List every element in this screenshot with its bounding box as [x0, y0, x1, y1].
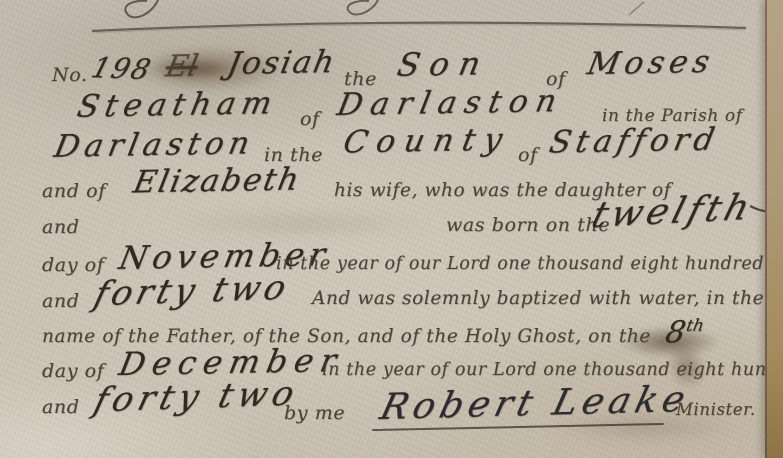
printed-by-me: by me — [284, 404, 345, 423]
printed-year-2: in the year of our Lord one thousand eig… — [322, 362, 783, 380]
printed-baptized: And was solemnly baptized with water, in… — [312, 290, 764, 309]
mother-name: Elizabeth — [131, 165, 304, 199]
ruled-line — [92, 23, 746, 31]
printed-and-2: and — [42, 292, 80, 311]
page-edge — [765, 0, 783, 458]
printed-of-2: of — [300, 110, 320, 129]
county-name: Stafford — [547, 125, 722, 159]
printed-and-1: and — [42, 218, 80, 237]
descender-stroke-1 — [125, 0, 158, 17]
baptism-day: 8th — [663, 318, 705, 349]
birth-day-word: twelfth — [588, 190, 757, 234]
family-surname: Steatham — [75, 88, 281, 122]
county-word: County — [341, 125, 514, 159]
birth-year-words: forty two — [91, 271, 294, 312]
minister-signature: Robert Leake — [377, 382, 694, 426]
baptism-year-words: forty two — [91, 376, 303, 417]
descender-stroke-3 — [629, 2, 644, 15]
parish-name: Darlaston — [52, 128, 257, 162]
struck-out-text: El — [163, 52, 200, 83]
baptism-month: December — [116, 344, 346, 380]
entry-number: 198 — [88, 54, 155, 84]
ruled-line-shadow — [92, 25, 746, 33]
baptism-day-suffix: th — [685, 316, 706, 335]
entry-number-label: No. — [52, 66, 88, 85]
document-photo: No. 198 El Josiah the Son of Moses Steat… — [0, 0, 783, 458]
minister-label: Minister. — [676, 402, 756, 419]
printed-year-1: in the year of our Lord one thousand eig… — [276, 256, 764, 274]
printed-of-3: of — [518, 146, 538, 165]
printed-and-of: and of — [42, 182, 106, 201]
child-name: Josiah — [225, 47, 339, 80]
printed-born-on: was born on the — [446, 216, 610, 235]
printed-day-of-1: day of — [42, 256, 104, 275]
printed-and-3: and — [42, 398, 80, 417]
relation-word: Son — [395, 47, 493, 81]
printed-day-of-2: day of — [42, 362, 104, 381]
residence-place: Darlaston — [335, 86, 567, 121]
father-first-name: Moses — [585, 47, 717, 80]
bleed-through-patch — [170, 210, 430, 238]
descender-stroke-2 — [348, 0, 378, 15]
